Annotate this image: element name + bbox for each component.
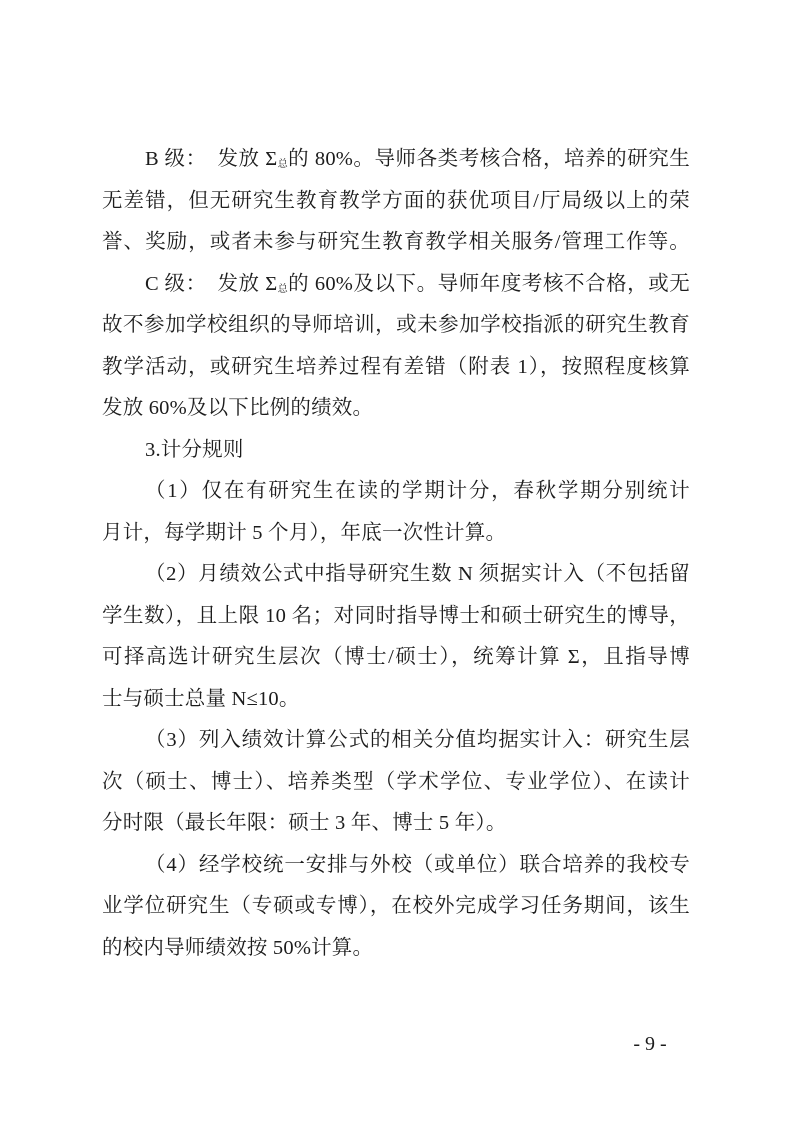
text-line: C 级： 发放 Σ总的 60%及以下。导师年度考核不合格，或无 bbox=[102, 264, 690, 306]
section-heading: 3.计分规则 bbox=[102, 430, 690, 472]
paragraph-grade-c: C 级： 发放 Σ总的 60%及以下。导师年度考核不合格，或无 故不参加学校组织… bbox=[102, 264, 690, 430]
heading-line: 3.计分规则 bbox=[102, 430, 690, 472]
paragraph-rule-1: （1）仅在有研究生在读的学期计分，春秋学期分别统计（按 月计，每学期计 5 个月… bbox=[102, 471, 690, 554]
text-segment: C 级： 发放 Σ bbox=[145, 273, 277, 295]
paragraph-grade-b: B 级： 发放 Σ总的 80%。导师各类考核合格，培养的研究生 无差错，但无研究… bbox=[102, 139, 690, 264]
text-line: 士与硕士总量 N≤10。 bbox=[102, 679, 690, 721]
text-line: 分时限（最长年限：硕士 3 年、博士 5 年）。 bbox=[102, 803, 690, 845]
paragraph-rule-2: （2）月绩效公式中指导研究生数 N 须据实计入（不包括留 学生数），且上限 10… bbox=[102, 554, 690, 720]
text-line: （3）列入绩效计算公式的相关分值均据实计入：研究生层 bbox=[102, 720, 690, 762]
text-line: 誉、奖励，或者未参与研究生教育教学相关服务/管理工作等。 bbox=[102, 222, 690, 264]
paragraph-rule-4: （4）经学校统一安排与外校（或单位）联合培养的我校专 业学位研究生（专硕或专博）… bbox=[102, 845, 690, 970]
text-segment: B 级： 发放 Σ bbox=[145, 148, 277, 170]
text-line: 学生数），且上限 10 名；对同时指导博士和硕士研究生的博导， bbox=[102, 596, 690, 638]
sigma-subscript: 总 bbox=[277, 159, 288, 170]
text-line: （4）经学校统一安排与外校（或单位）联合培养的我校专 bbox=[102, 845, 690, 887]
paragraph-rule-3: （3）列入绩效计算公式的相关分值均据实计入：研究生层 次（硕士、博士）、培养类型… bbox=[102, 720, 690, 845]
text-line: B 级： 发放 Σ总的 80%。导师各类考核合格，培养的研究生 bbox=[102, 139, 690, 181]
text-line: （2）月绩效公式中指导研究生数 N 须据实计入（不包括留 bbox=[102, 554, 690, 596]
text-line: 业学位研究生（专硕或专博），在校外完成学习任务期间，该生 bbox=[102, 886, 690, 928]
text-line: 发放 60%及以下比例的绩效。 bbox=[102, 388, 690, 430]
text-line: 的校内导师绩效按 50%计算。 bbox=[102, 928, 690, 970]
text-line: 无差错，但无研究生教育教学方面的获优项目/厅局级以上的荣 bbox=[102, 181, 690, 223]
document-body: B 级： 发放 Σ总的 80%。导师各类考核合格，培养的研究生 无差错，但无研究… bbox=[102, 139, 690, 969]
text-line: 可择高选计研究生层次（博士/硕士），统筹计算 Σ，且指导博 bbox=[102, 637, 690, 679]
text-line: 月计，每学期计 5 个月），年底一次性计算。 bbox=[102, 513, 690, 555]
text-segment: 的 80%。导师各类考核合格，培养的研究生 bbox=[288, 148, 690, 170]
text-line: 次（硕士、博士）、培养类型（学术学位、专业学位）、在读计 bbox=[102, 762, 690, 804]
text-line: 教学活动，或研究生培养过程有差错（附表 1），按照程度核算 bbox=[102, 347, 690, 389]
text-line: （1）仅在有研究生在读的学期计分，春秋学期分别统计（按 bbox=[102, 471, 690, 513]
text-segment: 的 60%及以下。导师年度考核不合格，或无 bbox=[288, 273, 690, 295]
sigma-subscript: 总 bbox=[277, 284, 288, 295]
document-page: B 级： 发放 Σ总的 80%。导师各类考核合格，培养的研究生 无差错，但无研究… bbox=[0, 0, 793, 1122]
page-number: - 9 - bbox=[600, 1030, 700, 1058]
text-line: 故不参加学校组织的导师培训，或未参加学校指派的研究生教育 bbox=[102, 305, 690, 347]
